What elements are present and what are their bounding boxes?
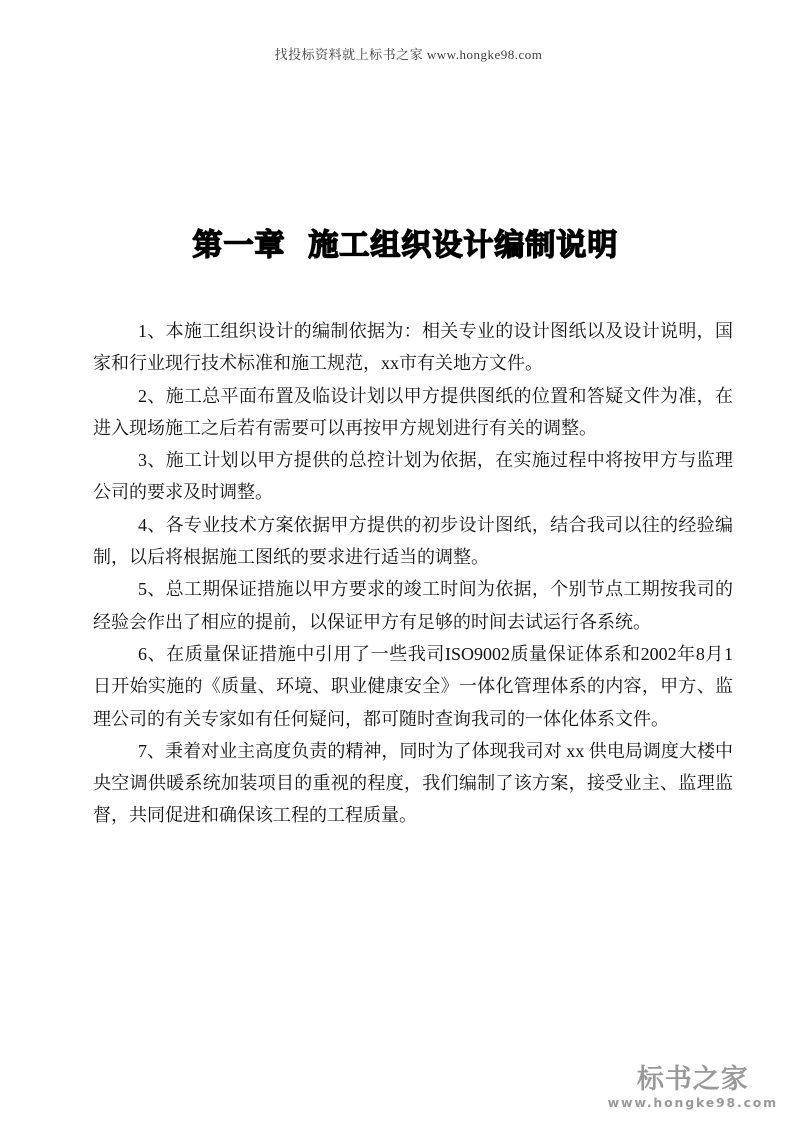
- page-header: 找投标资料就上标书之家 www.hongke98.com: [0, 44, 793, 63]
- paragraph-5: 5、总工期保证措施以甲方要求的竣工时间为依据，个别节点工期按我司的经验会作出了相…: [93, 573, 733, 638]
- paragraph-7: 7、秉着对业主高度负责的精神，同时为了体现我司对 xx 供电局调度大楼中央空调供…: [93, 735, 733, 832]
- header-site-text: 找投标资料就上标书之家 www.hongke98.com: [275, 47, 543, 62]
- paragraph-3: 3、施工计划以甲方提供的总控计划为依据，在实施过程中将按甲方与监理公司的要求及时…: [93, 444, 733, 509]
- watermark-url: www.hongke98.com: [608, 1095, 778, 1111]
- document-body: 1、本施工组织设计的编制依据为：相关专业的设计图纸以及设计说明，国家和行业现行技…: [93, 315, 733, 832]
- paragraph-2: 2、施工总平面布置及临设计划以甲方提供图纸的位置和答疑文件为准，在进入现场施工之…: [93, 380, 733, 445]
- chapter-title: 第一章 施工组织设计编制说明: [0, 220, 793, 264]
- watermark-logo-text: 标书之家: [608, 1065, 778, 1095]
- paragraph-1: 1、本施工组织设计的编制依据为：相关专业的设计图纸以及设计说明，国家和行业现行技…: [93, 315, 733, 380]
- paragraph-6: 6、在质量保证措施中引用了一些我司ISO9002质量保证体系和2002年8月1日…: [93, 638, 733, 735]
- site-watermark: 标书之家 www.hongke98.com: [608, 1065, 778, 1111]
- document-page: 找投标资料就上标书之家 www.hongke98.com 第一章 施工组织设计编…: [0, 0, 793, 1121]
- paragraph-4: 4、各专业技术方案依据甲方提供的初步设计图纸，结合我司以往的经验编制，以后将根据…: [93, 509, 733, 574]
